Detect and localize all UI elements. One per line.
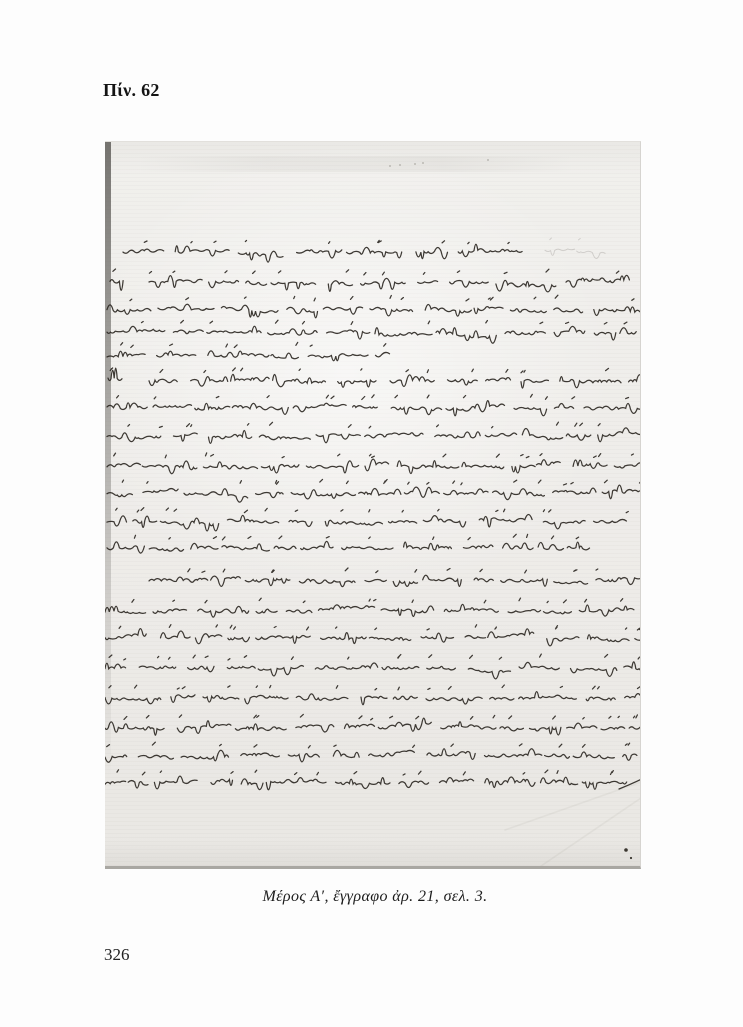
handwriting-ink	[105, 142, 640, 866]
figure-caption: Μέρος Α′, ἔγγραφο ἀρ. 21, σελ. 3.	[100, 888, 650, 906]
ink-speck	[630, 857, 632, 859]
ink-line	[107, 422, 640, 443]
ink-stroke	[108, 368, 640, 388]
ink-stroke	[107, 342, 390, 360]
ink-line	[105, 770, 640, 790]
ink-stroke	[505, 782, 640, 830]
ink-stroke	[105, 685, 640, 705]
ink-stroke	[149, 568, 640, 587]
ink-line	[107, 479, 640, 502]
ink-stroke	[541, 798, 640, 866]
ink-line	[108, 368, 640, 388]
ink-line	[105, 714, 640, 735]
ink-stroke	[107, 422, 640, 443]
ink-stroke	[107, 394, 640, 415]
ink-line	[105, 654, 640, 679]
ink-line	[107, 342, 390, 360]
pencil-mark	[414, 163, 416, 165]
ink-line	[149, 568, 640, 587]
manuscript-scan	[105, 141, 641, 869]
pencil-mark	[422, 162, 424, 164]
ink-stroke	[105, 742, 637, 762]
pencil-mark	[389, 165, 391, 167]
ink-line	[123, 238, 605, 262]
ink-stroke	[107, 508, 628, 531]
pencil-mark	[487, 159, 489, 161]
ink-line	[107, 320, 636, 343]
ink-stroke	[107, 320, 636, 343]
book-page: Πίν. 62 Μέρος Α′, ἔγγραφο ἀρ. 21, σελ. 3…	[0, 0, 743, 1027]
ink-stroke	[105, 714, 640, 735]
ink-speck	[624, 848, 628, 852]
ink-stroke	[105, 770, 640, 790]
ink-line	[107, 534, 590, 553]
ink-stroke	[123, 240, 522, 262]
ink-line	[105, 685, 640, 705]
ink-stroke	[105, 625, 640, 646]
ink-stroke	[105, 654, 640, 679]
ink-line	[110, 269, 629, 292]
ink-line	[105, 598, 634, 617]
ink-stroke	[545, 238, 605, 259]
ink-line	[107, 295, 640, 318]
ink-stroke	[110, 269, 629, 292]
plate-label: Πίν. 62	[103, 80, 160, 101]
ink-line	[107, 508, 628, 531]
ink-line	[105, 625, 640, 646]
ink-stroke	[107, 453, 640, 474]
page-number: 326	[104, 945, 130, 965]
ink-line	[107, 394, 640, 415]
ink-line	[107, 453, 640, 474]
ink-stroke	[107, 295, 640, 318]
ink-stroke	[107, 534, 590, 553]
pencil-mark	[399, 164, 401, 166]
ink-line	[105, 742, 637, 762]
ink-stroke	[105, 598, 634, 617]
ink-stroke	[107, 479, 640, 502]
